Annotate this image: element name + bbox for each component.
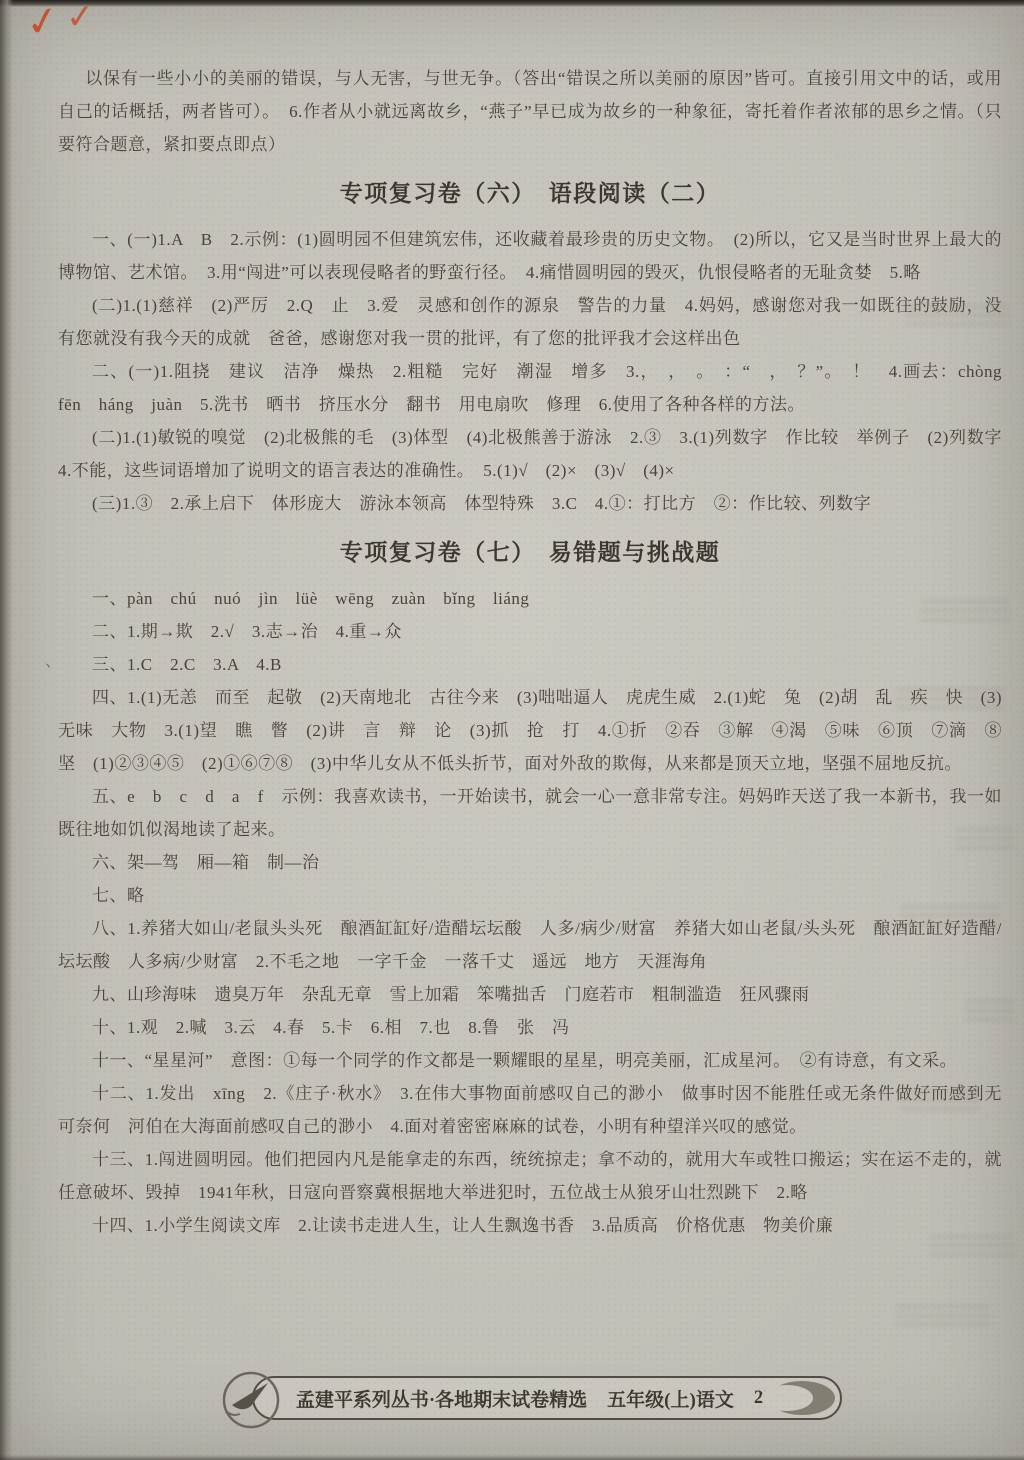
- publisher-logo-icon: [218, 1367, 284, 1433]
- scan-edge-left: [0, 0, 13, 1460]
- answer-paragraph: 一、pàn chú nuó jìn lüè wēng zuàn bǐng liá…: [58, 582, 1002, 615]
- answer-paragraph: 二、1.期→欺 2.√ 3.志→治 4.重→众: [58, 615, 1002, 648]
- answer-paragraph: 六、架—驾 厢—箱 制—治: [58, 846, 1002, 879]
- scanned-answer-page: ✓ ✓ 以保有一些小小的美丽的错误，与人无害，与世无争。（答出“错误之所以美丽的…: [0, 0, 1024, 1460]
- answer-paragraph: 十三、1.闯进圆明园。他们把园内凡是能拿走的东西，统统掠走；拿不动的，就用大车或…: [58, 1143, 1002, 1209]
- answer-paragraph: 十、1.观 2.喊 3.云 4.春 5.卡 6.相 7.也 8.鲁 张 冯: [58, 1011, 1002, 1044]
- red-check-mark: ✓: [65, 0, 96, 35]
- bleed-through-mark: [895, 1305, 990, 1329]
- answer-paragraph: 四、1.(1)无恙 而至 起敬 (2)天南地北 古往今来 (3)咄咄逼人 虎虎生…: [58, 681, 1002, 780]
- answer-paragraph: 一、(一)1.A B 2.示例：(1)圆明园不但建筑宏伟，还收藏着最珍贵的历史文…: [58, 223, 1002, 289]
- footer-bar: 孟建平系列丛书·各地期末试卷精选 五年级(上)语文 22-10: [252, 1376, 842, 1420]
- answer-paragraph: 二、(一)1.阻挠 建议 洁净 燥热 2.粗糙 完好 潮湿 增多 3.， ， 。…: [58, 355, 1002, 421]
- answer-paragraph: (三)1.③ 2.承上启下 体形庞大 游泳本领高 体型特殊 3.C 4.①：打比…: [58, 487, 1002, 520]
- answer-paragraph: 八、1.养猪大如山/老鼠头头死 酿酒缸缸好/造醋坛坛酸 人多/病少/财富 养猪大…: [58, 912, 1002, 978]
- answer-paragraph: 十一、“星星河” 意图：①每一个同学的作文都是一颗耀眼的星星，明亮美丽，汇成星河…: [58, 1044, 1002, 1077]
- answer-paragraph: 五、e b c d a f 示例：我喜欢读书，一开始读书，就会一心一意非常专注。…: [58, 780, 1002, 846]
- scan-edge-top: [0, 0, 1024, 7]
- answer-paragraph: 三、1.C 2.C 3.A 4.B: [58, 648, 1002, 681]
- scan-edge-bottom: [0, 1455, 1024, 1460]
- page-content: 以保有一些小小的美丽的错误，与人无害，与世无争。（答出“错误之所以美丽的原因”皆…: [58, 62, 1002, 1242]
- answer-paragraph: (二)1.(1)慈祥 (2)严厉 2.Q 止 3.爱 灵感和创作的源泉 警告的力…: [58, 289, 1002, 355]
- answer-paragraph: 十四、1.小学生阅读文库 2.让读书走进人生，让人生飘逸书香 3.品质高 价格优…: [58, 1209, 1002, 1242]
- footer-grade-subject: 五年级(上)语文: [607, 1385, 734, 1412]
- intro-paragraph: 以保有一些小小的美丽的错误，与人无害，与世无争。（答出“错误之所以美丽的原因”皆…: [58, 62, 1002, 161]
- footer-crescent-decoration: [769, 1381, 835, 1415]
- answer-paragraph: (二)1.(1)敏锐的嗅觉 (2)北极熊的毛 (3)体型 (4)北极熊善于游泳 …: [58, 421, 1002, 487]
- stray-print-mark: 、: [45, 648, 61, 671]
- answer-paragraph: 九、山珍海味 遗臭万年 杂乱无章 雪上加霜 笨嘴拙舌 门庭若市 粗制滥造 狂风骤…: [58, 978, 1002, 1011]
- section-heading-6: 专项复习卷（六） 语段阅读（二）: [58, 177, 1002, 210]
- answer-paragraph: 十二、1.发出 xīng 2.《庄子·秋水》 3.在伟大事物面前感叹自己的渺小 …: [58, 1077, 1002, 1143]
- red-check-mark: ✓: [23, 0, 63, 45]
- footer-series-title: 孟建平系列丛书·各地期末试卷精选: [296, 1385, 587, 1412]
- section-heading-7: 专项复习卷（七） 易错题与挑战题: [58, 536, 1002, 569]
- answer-paragraph: 七、略: [58, 879, 1002, 912]
